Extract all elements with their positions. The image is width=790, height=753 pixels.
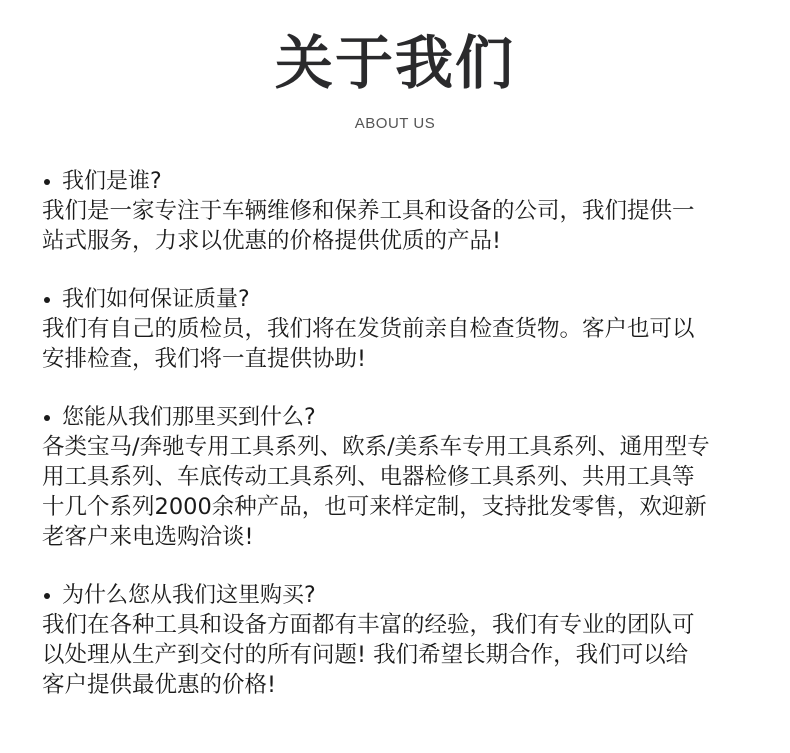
faq-section-quality: 我们如何保证质量? 我们有自己的质检员，我们将在发货前亲自检查货物。客户也可以 … xyxy=(42,285,772,374)
faq-question-text: 我们如何保证质量? xyxy=(62,285,250,314)
faq-question: 我们如何保证质量? xyxy=(42,285,772,314)
page-title: 关于我们 xyxy=(0,28,790,98)
faq-question-text: 为什么您从我们这里购买? xyxy=(62,581,316,610)
faq-answer: 我们是一家专注于车辆维修和保养工具和设备的公司，我们提供一 站式服务，力求以优惠… xyxy=(42,196,772,256)
bullet-icon xyxy=(44,297,50,303)
faq-question: 我们是谁? xyxy=(42,167,772,196)
faq-answer: 我们在各种工具和设备方面都有丰富的经验，我们有专业的团队可 以处理从生产到交付的… xyxy=(42,610,772,700)
faq-question-text: 我们是谁? xyxy=(62,167,162,196)
faq-question-text: 您能从我们那里买到什么? xyxy=(62,403,316,432)
faq-answer: 我们有自己的质检员，我们将在发货前亲自检查货物。客户也可以 安排检查，我们将一直… xyxy=(42,314,772,374)
bullet-icon xyxy=(44,179,50,185)
faq-answer: 各类宝马/奔驰专用工具系列、欧系/美系车专用工具系列、通用型专 用工具系列、车底… xyxy=(42,432,772,552)
bullet-icon xyxy=(44,415,50,421)
faq-section-why-buy: 为什么您从我们这里购买? 我们在各种工具和设备方面都有丰富的经验，我们有专业的团… xyxy=(42,581,772,700)
bullet-icon xyxy=(44,593,50,599)
faq-section-who: 我们是谁? 我们是一家专注于车辆维修和保养工具和设备的公司，我们提供一 站式服务… xyxy=(42,167,772,256)
faq-question: 为什么您从我们这里购买? xyxy=(42,581,772,610)
about-us-page: 关于我们 ABOUT US 我们是谁? 我们是一家专注于车辆维修和保养工具和设备… xyxy=(0,0,790,753)
faq-section-products: 您能从我们那里买到什么? 各类宝马/奔驰专用工具系列、欧系/美系车专用工具系列、… xyxy=(42,403,772,552)
faq-sections: 我们是谁? 我们是一家专注于车辆维修和保养工具和设备的公司，我们提供一 站式服务… xyxy=(42,167,772,729)
faq-question: 您能从我们那里买到什么? xyxy=(42,403,772,432)
page-subtitle: ABOUT US xyxy=(0,114,790,134)
